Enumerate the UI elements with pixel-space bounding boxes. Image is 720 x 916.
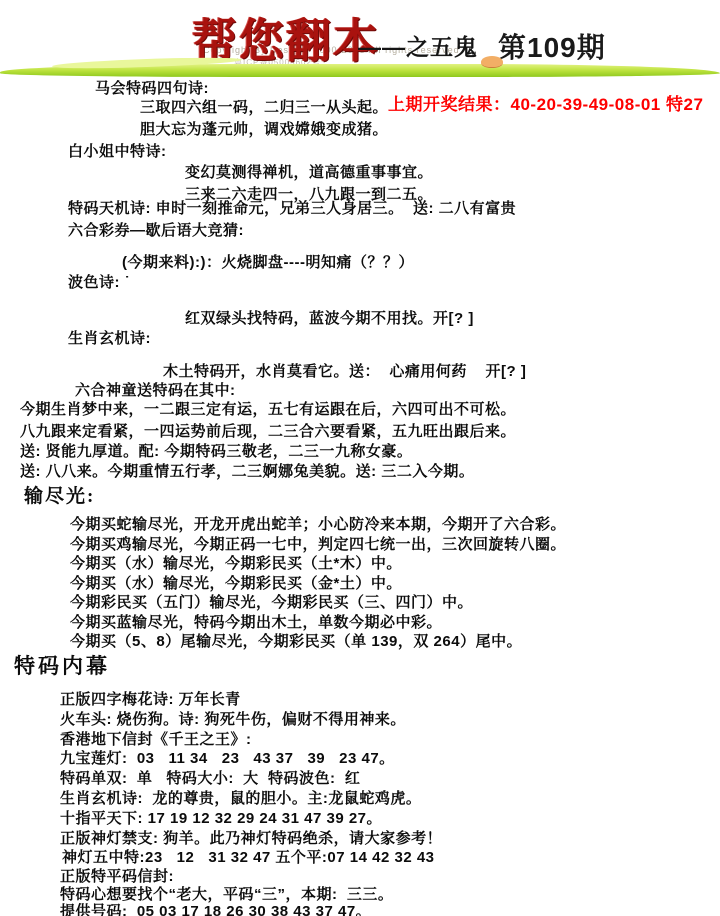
shengxiao-poem-title: 生肖玄机诗:: [68, 330, 151, 348]
horse-poem-line-2: 胆大忘为蓬元帅，调戏嫦娥变成猪。: [140, 121, 388, 139]
tianji-poem-line: 特码天机诗: 申时一刻推命元，兄弟三人身居三。 送: 二八有富贵: [68, 200, 516, 218]
shujinguang-line-6: 今期买蓝输尽光，特码今期出木土，单数今期必中彩。: [70, 614, 442, 632]
orange-blob-icon: [481, 56, 503, 68]
neimu-line-10: 正版特平码信封:: [60, 868, 174, 886]
green-ribbon: [0, 59, 720, 79]
horse-poem-line-1: 三取四六组一码，二归三一从头起。: [140, 99, 388, 117]
bose-poem-line: 红双绿头找特码，蓝波今期不用找。开[? ]: [185, 310, 474, 328]
shentong-title: 六合神童送特码在其中:: [75, 382, 236, 400]
last-draw-result: 上期开奖结果：40-20-39-49-08-01 特27: [388, 95, 703, 115]
shujinguang-line-5: 今期彩民买（五门）输尽光，今期彩民买（三、四门）中。: [70, 594, 473, 612]
neimu-line-2: 火车头: 烧伤狗。诗: 狗死牛伤，偏财不得用神来。: [60, 711, 406, 729]
neimu-line-12: 提供号码: 05 03 17 18 26 30 38 43 37 47。: [60, 903, 371, 916]
bose-poem-title: 波色诗: ˙: [68, 274, 130, 292]
shentong-line-4: 送: 八八来。今期重情五行孝，二三婀娜兔美貌。送: 三二入今期。: [20, 463, 474, 481]
shentong-line-2: 八九跟来定看紧，一四运势前后现，二三合六要看紧，五九旺出跟后来。: [20, 423, 516, 441]
neimu-line-6: 生肖玄机诗: 龙的尊贵，鼠的胆小。主:龙鼠蛇鸡虎。: [60, 790, 421, 808]
shujinguang-section-header: 输尽光:: [24, 486, 95, 509]
shujinguang-line-1: 今期买蛇输尽光，开龙开虎出蛇羊；小心防冷来本期，今期开了六合彩。: [70, 516, 566, 534]
shujinguang-line-3: 今期买（水）输尽光，今期彩民买（土*木）中。: [70, 555, 402, 573]
neimu-line-1: 正版四字梅花诗: 万年长青: [60, 691, 241, 709]
neimu-line-7: 十指平天下: 17 19 12 32 29 24 31 47 39 27。: [60, 810, 382, 828]
shujinguang-line-4: 今期买（水）输尽光，今期彩民买（金*土）中。: [70, 575, 402, 593]
shujinguang-line-7: 今期买（5、8）尾输尽光，今期彩民买（单 139，双 264）尾中。: [70, 633, 522, 651]
shentong-line-3: 送: 贤能九厚道。配: 今期特码三敬老，二三一九称女豪。: [20, 443, 412, 461]
page: Copyright By Desk do 2000-2005 All right…: [0, 0, 720, 916]
neimu-line-8: 正版神灯禁支: 狗羊。此乃神灯特码绝杀，请大家参考！: [60, 830, 442, 848]
neimu-line-5: 特码单双: 单 特码大小: 大 特码波色: 红: [60, 770, 360, 788]
shengxiao-poem-line: 木土特码开，水肖莫看它。送： 心痛用何药 开[? ]: [163, 363, 526, 381]
neimu-line-9: 神灯五中特:23 12 31 32 47 五个平:07 14 42 32 43: [62, 849, 435, 867]
brand-subtitle: ——之五鬼: [358, 29, 478, 62]
neimu-line-3: 香港地下信封《千王之王》:: [60, 731, 252, 749]
xiehouyu-title: 六合彩券—歇后语大竞猜:: [68, 222, 244, 240]
horse-poem-title: 马会特码四句诗:: [95, 80, 209, 98]
shentong-line-1: 今期生肖梦中来，一二跟三定有运，五七有运跟在后，六四可出不可松。: [20, 401, 516, 419]
shujinguang-line-2: 今期买鸡输尽光，今期正码一七中，判定四七统一出，三次回旋转八圈。: [70, 536, 566, 554]
bai-poem-title: 白小姐中特诗:: [68, 143, 167, 161]
neimu-line-11: 特码心想要找个“老大，平码“三”，本期: 三三。: [60, 886, 393, 904]
bai-poem-line-1: 变幻莫测得禅机，道高德重事事宜。: [185, 164, 433, 182]
xiehouyu-line: (今期来料):)：火烧脚盘----明知痛（？？）: [122, 254, 414, 272]
neimu-section-header: 特码内幕: [14, 654, 110, 679]
neimu-line-4: 九宝莲灯: 03 11 34 23 43 37 39 23 47。: [60, 750, 395, 768]
